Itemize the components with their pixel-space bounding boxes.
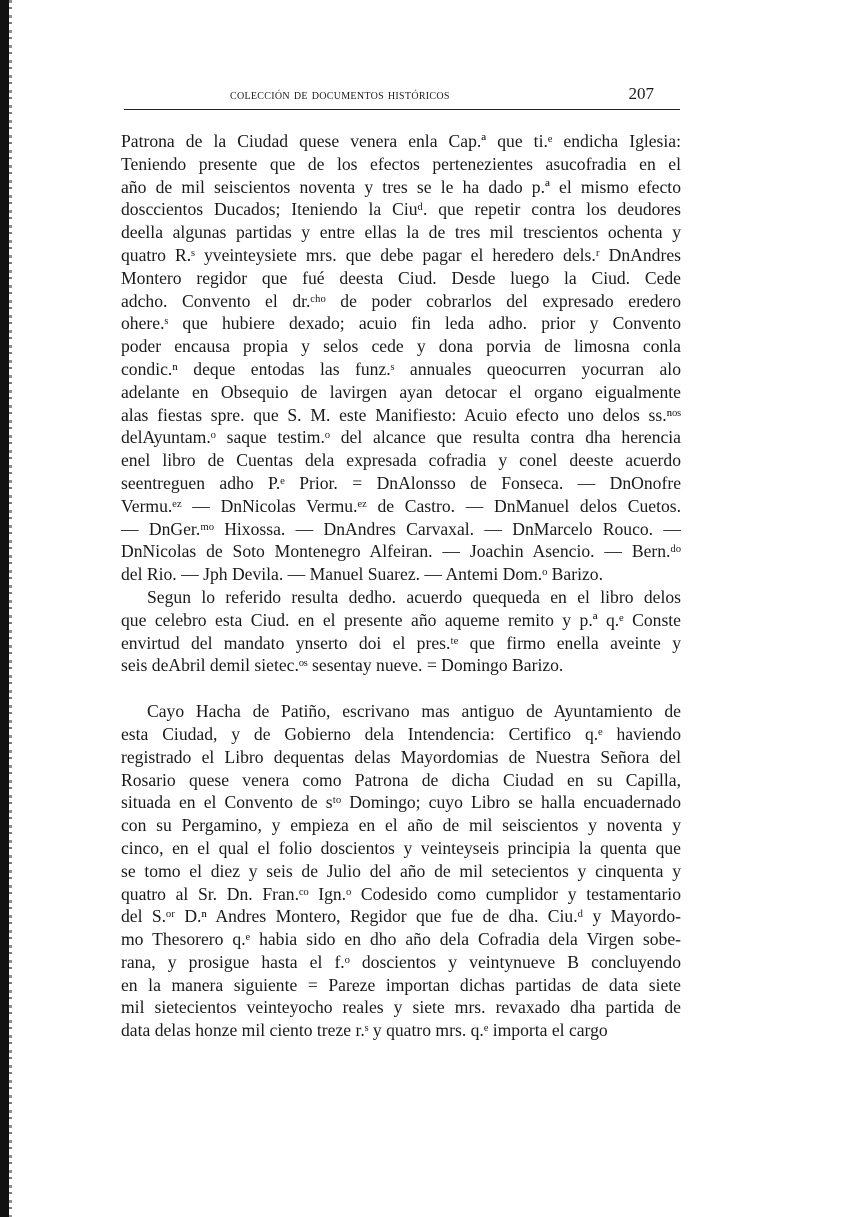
text-line: del S.ᵒʳ D.ⁿ Andres Montero, Regidor que… [121, 905, 681, 928]
text-line: en la manera siguiente = Pareze importan… [121, 974, 681, 997]
text-line: condic.ⁿ deque entodas las funz.ˢ annual… [121, 358, 681, 381]
text-line: poder encausa propia y selos cede y dona… [121, 335, 681, 358]
text-line: esta Ciudad, y de Gobierno dela Intenden… [121, 723, 681, 746]
text-line: adelante en Obsequio de lavirgen ayan de… [121, 381, 681, 404]
text-line: Vermu.ᵉᶻ — DnNicolas Vermu.ᵉᶻ de Castro.… [121, 495, 681, 518]
text-line: quatro al Sr. Dn. Fran.ᶜᵒ Ign.ᵒ Codesido… [121, 883, 681, 906]
scan-binding-edge [0, 0, 9, 1217]
body-text: Patrona de la Ciudad quese venera enla C… [121, 130, 681, 1042]
text-line: Segun lo referido resulta dedho. acuerdo… [121, 586, 681, 609]
text-line: — DnGer.ᵐᵒ Hixossa. — DnAndres Carvaxal.… [121, 518, 681, 541]
text-line: Montero regidor que fué deesta Ciud. Des… [121, 267, 681, 290]
text-line: seis deAbril demil sietec.ᵒˢ sesentay nu… [121, 654, 681, 677]
text-line: envirtud del mandato ynserto doi el pres… [121, 632, 681, 655]
text-line: que celebro esta Ciud. en el presente añ… [121, 609, 681, 632]
paragraph: Segun lo referido resulta dedho. acuerdo… [121, 586, 681, 677]
page-number: 207 [629, 84, 655, 104]
text-line: quatro R.ˢ yveinteysiete mrs. que debe p… [121, 244, 681, 267]
text-line: se tomo el diez y seis de Julio del año … [121, 860, 681, 883]
text-line: ohere.ˢ que hubiere dexado; acuio fin le… [121, 312, 681, 335]
text-line: deella algunas partidas y entre ellas la… [121, 221, 681, 244]
running-title: Colección de documentos históricos [230, 87, 450, 104]
text-line: situada en el Convento de sᵗᵒ Domingo; c… [121, 791, 681, 814]
text-line: mo Thesorero q.ᵉ habia sido en dho año d… [121, 928, 681, 951]
text-line: adcho. Convento el dr.ᶜʰᵒ de poder cobra… [121, 290, 681, 313]
text-line: rana, y prosigue hasta el f.ᵒ doscientos… [121, 951, 681, 974]
text-line: alas fiestas spre. que S. M. este Manifi… [121, 404, 681, 427]
text-line: Patrona de la Ciudad quese venera enla C… [121, 130, 681, 153]
paragraph: Cayo Hacha de Patiño, escrivano mas anti… [121, 700, 681, 1042]
paragraph: Patrona de la Ciudad quese venera enla C… [121, 130, 681, 586]
header-rule [124, 109, 680, 110]
text-line: Rosario quese venera como Patrona de dic… [121, 769, 681, 792]
text-line: registrado el Libro dequentas delas Mayo… [121, 746, 681, 769]
text-line: mil sietecientos veinteyocho reales y si… [121, 996, 681, 1019]
text-line: data delas honze mil ciento treze r.ˢ y … [121, 1019, 681, 1042]
text-line: seentreguen adho P.ᵉ Prior. = DnAlonsso … [121, 472, 681, 495]
text-line: cinco, en el qual el folio doscientos y … [121, 837, 681, 860]
text-line: año de mil seiscientos noventa y tres se… [121, 176, 681, 199]
text-line: Teniendo presente que de los efectos per… [121, 153, 681, 176]
text-line: con su Pergamino, y empieza en el año de… [121, 814, 681, 837]
text-line: Cayo Hacha de Patiño, escrivano mas anti… [121, 700, 681, 723]
text-line: DnNicolas de Soto Montenegro Alfeiran. —… [121, 540, 681, 563]
text-line: dosccientos Ducados; Iteniendo la Ciuᵈ. … [121, 198, 681, 221]
text-line: delAyuntam.ᵒ saque testim.ᵒ del alcance … [121, 426, 681, 449]
paragraph-gap [121, 677, 681, 700]
page-header: Colección de documentos históricos 207 [124, 84, 680, 110]
text-line: del Rio. — Jph Devila. — Manuel Suarez. … [121, 563, 681, 586]
text-line: enel libro de Cuentas dela expresada cof… [121, 449, 681, 472]
